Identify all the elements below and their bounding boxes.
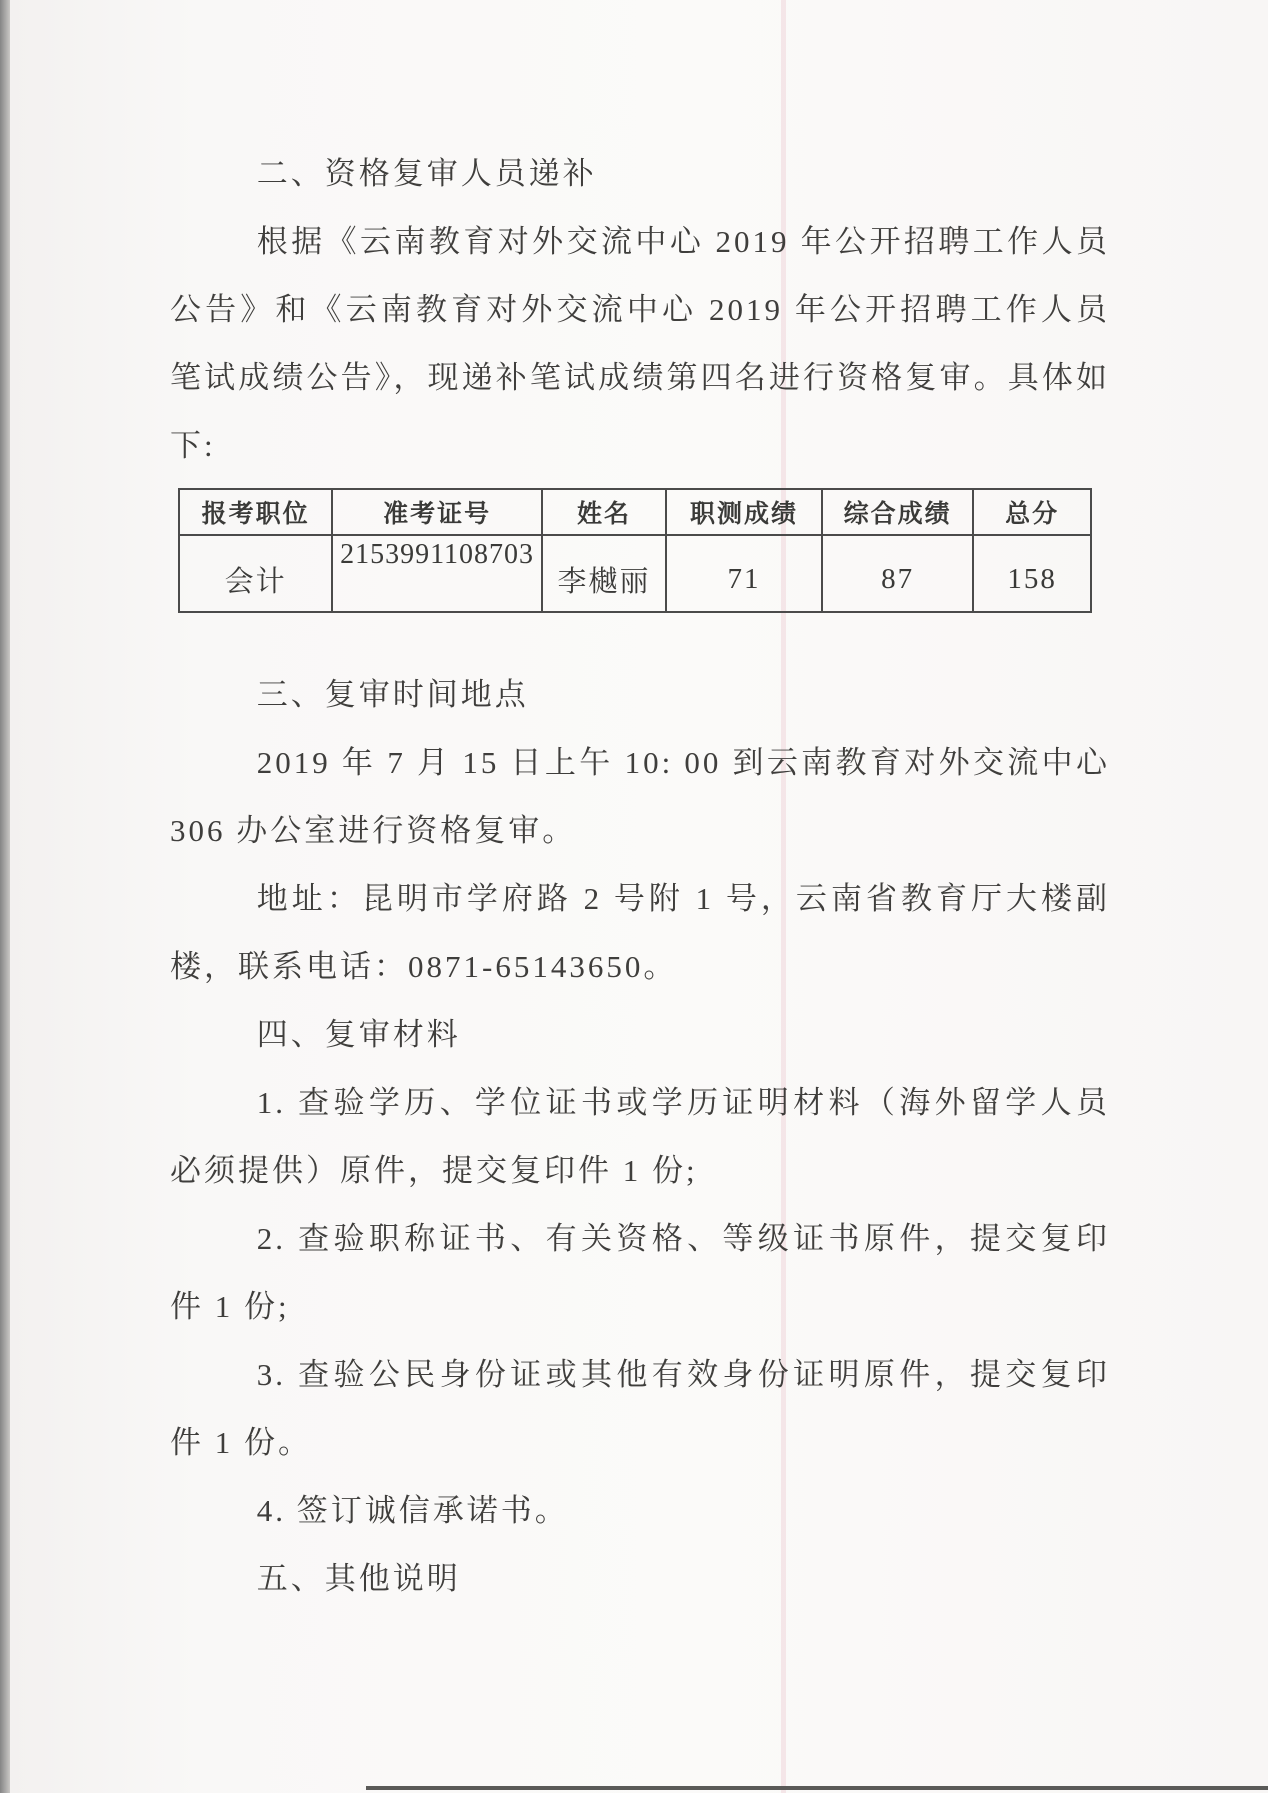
header-cell-ticket: 准考证号 (332, 489, 542, 535)
document-body: 二、资格复审人员递补 根据《云南教育对外交流中心 2019 年公开招聘工作人员公… (170, 140, 1110, 1613)
header-cell-post: 报考职位 (179, 489, 332, 535)
section-4-item-4: 4. 签订诚信承诺书。 (170, 1477, 1110, 1545)
header-cell-total: 总分 (973, 489, 1091, 535)
section-3-paragraph-address: 地址：昆明市学府路 2 号附 1 号，云南省教育厅大楼副楼，联系电话：0871-… (170, 865, 1110, 1001)
section-4-item-3: 3. 查验公民身份证或其他有效身份证明原件，提交复印件 1 份。 (170, 1341, 1110, 1477)
scan-bottom-edge (366, 1786, 1268, 1790)
cell-score2: 87 (822, 535, 973, 612)
section-4-heading: 四、复审材料 (170, 1001, 1110, 1069)
section-2-paragraph: 根据《云南教育对外交流中心 2019 年公开招聘工作人员公告》和《云南教育对外交… (170, 208, 1110, 480)
section-3-heading: 三、复审时间地点 (170, 661, 1110, 729)
cell-name: 李樾丽 (542, 535, 666, 612)
cell-ticket: 2153991108703 (332, 535, 542, 612)
section-4-item-2: 2. 查验职称证书、有关资格、等级证书原件，提交复印件 1 份; (170, 1205, 1110, 1341)
header-cell-score1: 职测成绩 (666, 489, 822, 535)
cell-score1: 71 (666, 535, 822, 612)
cell-post: 会计 (179, 535, 332, 612)
header-cell-score2: 综合成绩 (822, 489, 973, 535)
table-row: 会计 2153991108703 李樾丽 71 87 158 (179, 535, 1091, 612)
header-cell-name: 姓名 (542, 489, 666, 535)
section-5-heading: 五、其他说明 (170, 1545, 1110, 1613)
scan-left-edge (0, 0, 10, 1793)
section-3-paragraph-time: 2019 年 7 月 15 日上午 10: 00 到云南教育对外交流中心 306… (170, 729, 1110, 865)
results-table: 报考职位 准考证号 姓名 职测成绩 综合成绩 总分 会计 21539911087… (178, 488, 1092, 613)
section-4-item-1: 1. 查验学历、学位证书或学历证明材料（海外留学人员必须提供）原件，提交复印件 … (170, 1069, 1110, 1205)
cell-total: 158 (973, 535, 1091, 612)
table-header-row: 报考职位 准考证号 姓名 职测成绩 综合成绩 总分 (179, 489, 1091, 535)
section-2-heading: 二、资格复审人员递补 (170, 140, 1110, 208)
